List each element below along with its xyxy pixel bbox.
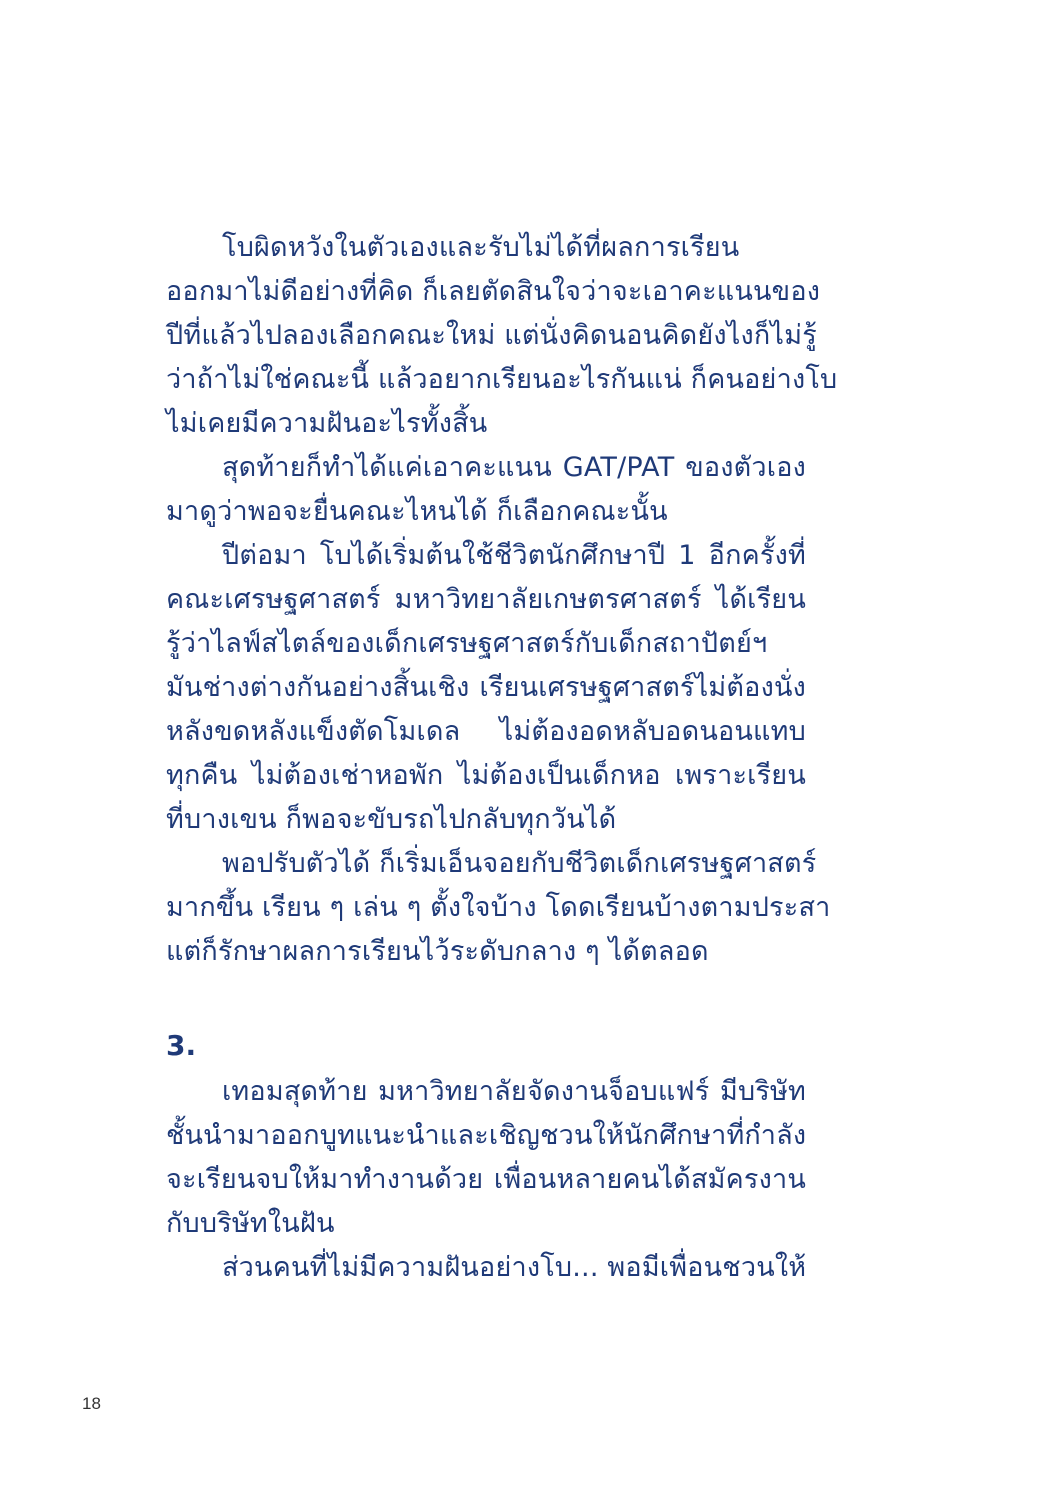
paragraph-line: รู้ว่าไลฟ์สไตล์ของเด็กเศรษฐศาสตร์กับเด็ก… xyxy=(166,622,806,666)
section-heading: 3. xyxy=(166,1026,196,1066)
paragraph-line: ทุกคืน ไม่ต้องเช่าหอพัก ไม่ต้องเป็นเด็กห… xyxy=(166,754,806,798)
paragraph-line: พอปรับตัวได้ ก็เริ่มเอ็นจอยกับชีวิตเด็กเ… xyxy=(166,842,806,886)
document-page: โบผิดหวังในตัวเองและรับไม่ได้ที่ผลการเรี… xyxy=(0,0,1048,1488)
page-number: 18 xyxy=(82,1394,101,1414)
paragraph-line: มาดูว่าพอจะยื่นคณะไหนได้ ก็เลือกคณะนั้น xyxy=(166,490,806,534)
paragraph-line: สุดท้ายก็ทำได้แค่เอาคะแนน GAT/PAT ของตัว… xyxy=(166,446,806,490)
paragraph-line: กับบริษัทในฝัน xyxy=(166,1202,806,1246)
paragraph-line: ปีที่แล้วไปลองเลือกคณะใหม่ แต่นั่งคิดนอน… xyxy=(166,314,806,358)
paragraph-line: โบผิดหวังในตัวเองและรับไม่ได้ที่ผลการเรี… xyxy=(166,226,806,270)
paragraph-line: ออกมาไม่ดีอย่างที่คิด ก็เลยตัดสินใจว่าจะ… xyxy=(166,270,806,314)
paragraph-line: แต่ก็รักษาผลการเรียนไว้ระดับกลาง ๆ ได้ตล… xyxy=(166,930,806,974)
paragraph-line: หลังขดหลังแข็งตัดโมเดล ไม่ต้องอดหลับอดนอ… xyxy=(166,710,806,754)
paragraph-line: มากขึ้น เรียน ๆ เล่น ๆ ตั้งใจบ้าง โดดเรี… xyxy=(166,886,806,930)
paragraph-line: ที่บางเขน ก็พอจะขับรถไปกลับทุกวันได้ xyxy=(166,798,806,842)
paragraph-line: ไม่เคยมีความฝันอะไรทั้งสิ้น xyxy=(166,402,806,446)
paragraph-line: ว่าถ้าไม่ใช่คณะนี้ แล้วอยากเรียนอะไรกันแ… xyxy=(166,358,806,402)
paragraph-line: ชั้นนำมาออกบูทแนะนำและเชิญชวนให้นักศึกษา… xyxy=(166,1114,806,1158)
body-text-section-2-continuation: โบผิดหวังในตัวเองและรับไม่ได้ที่ผลการเรี… xyxy=(166,226,806,974)
body-text-section-3: เทอมสุดท้าย มหาวิทยาลัยจัดงานจ็อบแฟร์ มี… xyxy=(166,1070,806,1290)
paragraph-line: เทอมสุดท้าย มหาวิทยาลัยจัดงานจ็อบแฟร์ มี… xyxy=(166,1070,806,1114)
paragraph-line: จะเรียนจบให้มาทำงานด้วย เพื่อนหลายคนได้ส… xyxy=(166,1158,806,1202)
paragraph-line: ส่วนคนที่ไม่มีความฝันอย่างโบ... พอมีเพื่… xyxy=(166,1246,806,1290)
paragraph-line: ปีต่อมา โบได้เริ่มต้นใช้ชีวิตนักศึกษาปี … xyxy=(166,534,806,578)
paragraph-line: คณะเศรษฐศาสตร์ มหาวิทยาลัยเกษตรศาสตร์ ได… xyxy=(166,578,806,622)
paragraph-line: มันช่างต่างกันอย่างสิ้นเชิง เรียนเศรษฐศา… xyxy=(166,666,806,710)
